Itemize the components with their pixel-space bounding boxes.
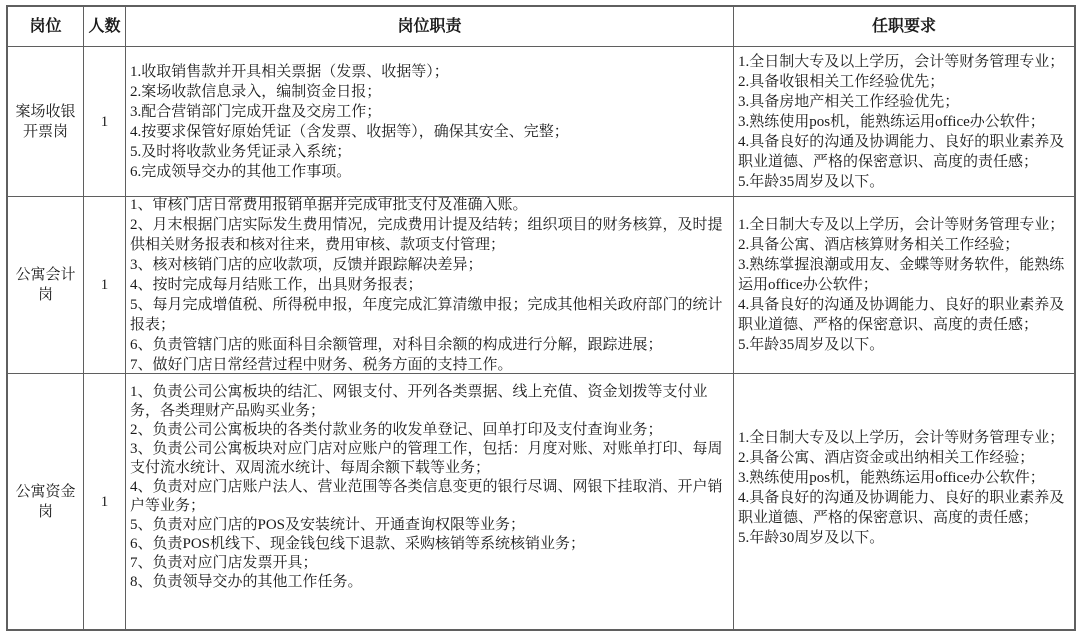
header-cell-duties: 岗位职责 bbox=[126, 7, 734, 47]
duty-item: 4、按时完成每月结账工作，出具财务报表； bbox=[130, 275, 729, 295]
duty-item: 2.案场收款信息录入，编制资金日报； bbox=[130, 82, 729, 102]
requirements-cell: 1.全日制大专及以上学历，会计等财务管理专业； 2.具备公寓、酒店核算财务相关工… bbox=[734, 197, 1074, 374]
duty-item: 2、负责公司公寓板块的各类付款业务的收发单登记、回单打印及支付查询业务； bbox=[130, 421, 729, 440]
headcount-value: 1 bbox=[85, 492, 124, 512]
requirement-item: 4.具备良好的沟通及协调能力、良好的职业素养及职业道德、严格的保密意识、高度的责… bbox=[738, 295, 1070, 335]
headcount-value: 1 bbox=[85, 112, 124, 132]
header-cell-requirements: 任职要求 bbox=[734, 7, 1074, 47]
position-cell: 案场收银开票岗 bbox=[8, 47, 84, 197]
position-cell: 公寓会计岗 bbox=[8, 197, 84, 374]
headcount-cell: 1 bbox=[84, 197, 126, 374]
duty-item: 6.完成领导交办的其他工作事项。 bbox=[130, 162, 729, 182]
duty-item: 5.及时将收款业务凭证录入系统； bbox=[130, 142, 729, 162]
duty-item: 8、负责领导交办的其他工作任务。 bbox=[130, 573, 729, 592]
header-label-requirements: 任职要求 bbox=[735, 17, 1073, 37]
requirement-item: 2.具备收银相关工作经验优先； bbox=[738, 72, 1070, 92]
duty-item: 1、审核门店日常费用报销单据并完成审批支付及准确入账。 bbox=[130, 197, 729, 215]
header-cell-headcount: 人数 bbox=[84, 7, 126, 47]
position-cell: 公寓资金岗 bbox=[8, 374, 84, 629]
header-label-position: 岗位 bbox=[9, 17, 82, 37]
requirement-item: 5.年龄30周岁及以下。 bbox=[738, 528, 1070, 548]
requirement-item: 3.具备房地产相关工作经验优先； bbox=[738, 92, 1070, 112]
duties-cell: 1、审核门店日常费用报销单据并完成审批支付及准确入账。 2、月末根据门店实际发生… bbox=[126, 197, 734, 374]
duty-item: 3、核对核销门店的应收款项，反馈并跟踪解决差异； bbox=[130, 255, 729, 275]
position-label: 案场收银开票岗 bbox=[9, 102, 82, 142]
duty-item: 7、负责对应门店发票开具； bbox=[130, 554, 729, 573]
header-label-duties: 岗位职责 bbox=[127, 17, 732, 37]
requirement-item: 2.具备公寓、酒店核算财务相关工作经验； bbox=[738, 235, 1070, 255]
header-label-headcount: 人数 bbox=[85, 17, 124, 37]
duty-item: 1、负责公司公寓板块的结汇、网银支付、开列各类票据、线上充值、资金划拨等支付业务… bbox=[130, 383, 729, 421]
duty-item: 2、月末根据门店实际发生费用情况，完成费用计提及结转；组织项目的财务核算，及时提… bbox=[130, 215, 729, 255]
requirement-item: 1.全日制大专及以上学历，会计等财务管理专业； bbox=[738, 215, 1070, 235]
requirement-item: 1.全日制大专及以上学历，会计等财务管理专业； bbox=[738, 52, 1070, 72]
duty-item: 4.按要求保管好原始凭证（含发票、收据等），确保其安全、完整； bbox=[130, 122, 729, 142]
duty-item: 3、负责公司公寓板块对应门店对应账户的管理工作，包括：月度对账、对账单打印、每周… bbox=[130, 440, 729, 478]
requirement-item: 3.熟练掌握浪潮或用友、金蝶等财务软件，能熟练运用office办公软件； bbox=[738, 255, 1070, 295]
duty-item: 4、负责对应门店账户法人、营业范围等各类信息变更的银行尽调、网银下挂取消、开户销… bbox=[130, 478, 729, 516]
position-label: 公寓会计岗 bbox=[9, 265, 82, 305]
requirement-item: 1.全日制大专及以上学历，会计等财务管理专业； bbox=[738, 428, 1070, 448]
requirement-item: 2.具备公寓、酒店资金或出纳相关工作经验； bbox=[738, 448, 1070, 468]
duty-item: 7、做好门店日常经营过程中财务、税务方面的支持工作。 bbox=[130, 355, 729, 374]
duty-item: 5、每月完成增值税、所得税申报，年度完成汇算清缴申报；完成其他相关政府部门的统计… bbox=[130, 295, 729, 335]
position-label: 公寓资金岗 bbox=[9, 482, 82, 522]
headcount-cell: 1 bbox=[84, 47, 126, 197]
duty-item: 6、负责管辖门店的账面科目余额管理，对科目余额的构成进行分解，跟踪进展； bbox=[130, 335, 729, 355]
duty-item: 3.配合营销部门完成开盘及交房工作； bbox=[130, 102, 729, 122]
requirements-cell: 1.全日制大专及以上学历，会计等财务管理专业； 2.具备收银相关工作经验优先； … bbox=[734, 47, 1074, 197]
requirement-item: 4.具备良好的沟通及协调能力、良好的职业素养及职业道德、严格的保密意识、高度的责… bbox=[738, 488, 1070, 528]
duties-cell: 1、负责公司公寓板块的结汇、网银支付、开列各类票据、线上充值、资金划拨等支付业务… bbox=[126, 374, 734, 629]
duties-cell: 1.收取销售款并开具相关票据（发票、收据等）； 2.案场收款信息录入，编制资金日… bbox=[126, 47, 734, 197]
headcount-cell: 1 bbox=[84, 374, 126, 629]
headcount-value: 1 bbox=[85, 275, 124, 295]
header-cell-position: 岗位 bbox=[8, 7, 84, 47]
duty-item: 5、负责对应门店的POS及安装统计、开通查询权限等业务； bbox=[130, 516, 729, 535]
requirements-cell: 1.全日制大专及以上学历，会计等财务管理专业； 2.具备公寓、酒店资金或出纳相关… bbox=[734, 374, 1074, 629]
duty-item: 6、负责POS机线下、现金钱包线下退款、采购核销等系统核销业务； bbox=[130, 535, 729, 554]
requirement-item: 5.年龄35周岁及以下。 bbox=[738, 335, 1070, 355]
job-positions-table: 岗位 人数 岗位职责 任职要求 案场收银开票岗 1 1.收取销售款并开具相关票据… bbox=[6, 5, 1076, 631]
requirement-item: 3.熟练使用pos机，能熟练运用office办公软件； bbox=[738, 112, 1070, 132]
duty-item: 1.收取销售款并开具相关票据（发票、收据等）； bbox=[130, 62, 729, 82]
requirement-item: 3.熟练使用pos机，能熟练运用office办公软件； bbox=[738, 468, 1070, 488]
requirement-item: 5.年龄35周岁及以下。 bbox=[738, 172, 1070, 192]
requirement-item: 4.具备良好的沟通及协调能力、良好的职业素养及职业道德、严格的保密意识、高度的责… bbox=[738, 132, 1070, 172]
